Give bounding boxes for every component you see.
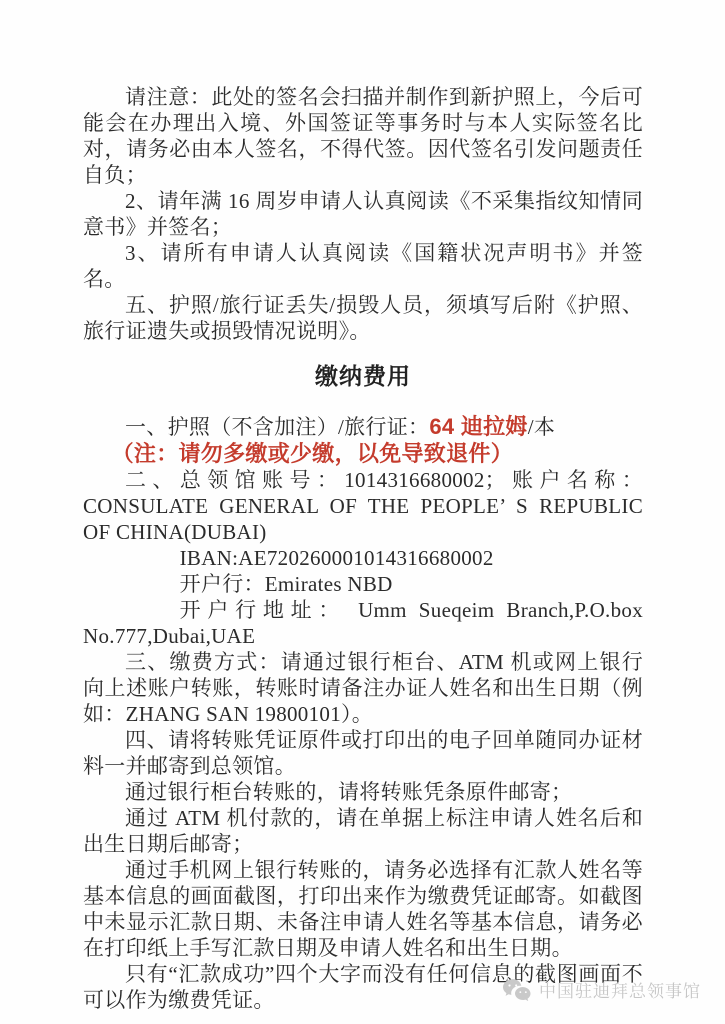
watermark-text: 中国驻迪拜总领事馆 (539, 977, 701, 1002)
fee-line: 一、护照（不含加注）/旅行证：64 迪拉姆/本 (83, 414, 643, 440)
section-title-fees: 缴纳费用 (83, 361, 643, 391)
fee-line-prefix: 一、护照（不含加注）/旅行证： (125, 415, 429, 439)
payment-method-paragraph: 三、缴费方式：请通过银行柜台、ATM 机或网上银行向上述账户转账，转账时请备注办… (83, 649, 643, 727)
wechat-logo-icon (502, 978, 532, 1002)
document-body: 请注意：此处的签名会扫描并制作到新护照上，今后可能会在办理出入境、外国签证等事务… (83, 84, 643, 1013)
fee-line-suffix: /本 (528, 415, 555, 439)
atm-payment-paragraph: 通过 ATM 机付款的，请在单据上标注申请人姓名后和出生日期后邮寄； (83, 805, 643, 857)
watermark-footer: 中国驻迪拜总领事馆 (502, 977, 701, 1002)
notice-paragraph-lost-passport: 五、护照/旅行证丢失/损毁人员，须填写后附《护照、旅行证遗失或损毁情况说明》。 (83, 292, 643, 344)
bank-name-line: 开户行：Emirates NBD (83, 571, 643, 597)
bank-counter-paragraph: 通过银行柜台转账的，请将转账凭条原件邮寄； (83, 779, 643, 805)
bank-address-line: 开户行地址： Umm Sueqeim Branch,P.O.box No.777… (83, 597, 643, 649)
mobile-banking-paragraph: 通过手机网上银行转账的，请务必选择有汇款人姓名等基本信息的画面截图，打印出来作为… (83, 857, 643, 961)
notice-paragraph-signature: 请注意：此处的签名会扫描并制作到新护照上，今后可能会在办理出入境、外国签证等事务… (83, 84, 643, 188)
mail-receipt-paragraph: 四、请将转账凭证原件或打印出的电子回单随同办证材料一并邮寄到总领馆。 (83, 727, 643, 779)
iban-line: IBAN:AE720260001014316680002 (83, 545, 643, 571)
notice-paragraph-fingerprint: 2、请年满 16 周岁申请人认真阅读《不采集指纹知情同意书》并签名； (83, 188, 643, 240)
notice-paragraph-nationality: 3、请所有申请人认真阅读《国籍状况声明书》并签名。 (83, 240, 643, 292)
fee-note-warning: （注：请勿多缴或少缴，以免导致退件） (83, 440, 643, 467)
account-number-paragraph: 二、总领馆账号：1014316680002；账户名称：CONSULATE GEN… (83, 467, 643, 545)
fee-amount: 64 迪拉姆 (429, 414, 527, 439)
document-page: 请注意：此处的签名会扫描并制作到新护照上，今后可能会在办理出入境、外国签证等事务… (0, 0, 725, 1024)
